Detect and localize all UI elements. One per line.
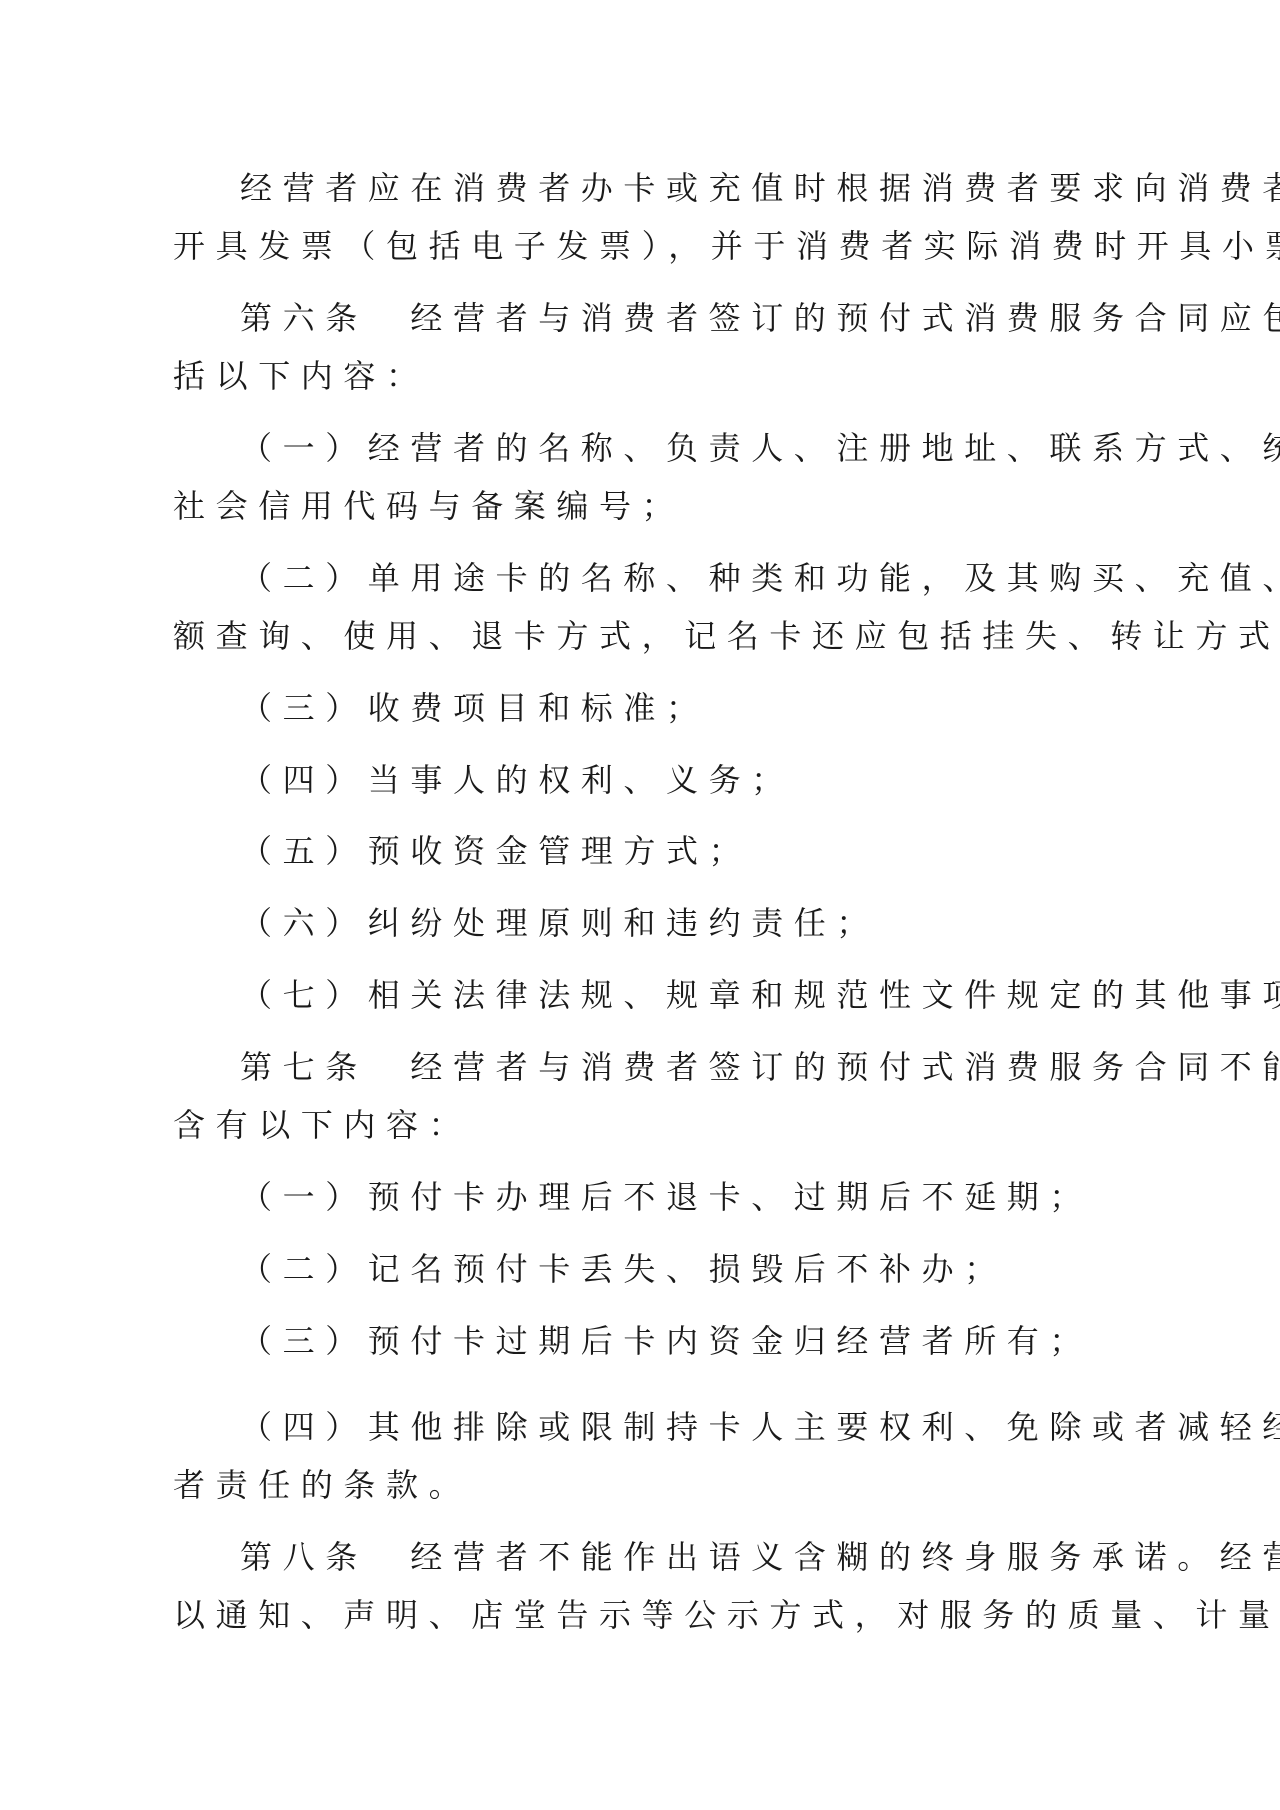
article-6-heading-line-1: 第六条 经营者与消费者签订的预付式消费服务合同应包: [240, 293, 1200, 343]
article-7-item-2: （二）记名预付卡丢失、损毁后不补办；: [240, 1244, 1200, 1294]
article-6-item-1-line-2: 社会信用代码与备案编号；: [173, 481, 1133, 531]
article-6-item-4: （四）当事人的权利、义务；: [240, 755, 1200, 805]
article-7-item-4-line-1: （四）其他排除或限制持卡人主要权利、免除或者减轻经营: [240, 1402, 1200, 1452]
paragraph-invoice-line-1: 经营者应在消费者办卡或充值时根据消费者要求向消费者: [240, 163, 1200, 213]
article-6-item-1-line-1: （一）经营者的名称、负责人、注册地址、联系方式、统一: [240, 423, 1200, 473]
article-6-item-5: （五）预收资金管理方式；: [240, 826, 1200, 876]
article-6-item-2-line-1: （二）单用途卡的名称、种类和功能，及其购买、充值、余: [240, 553, 1200, 603]
article-7-item-1: （一）预付卡办理后不退卡、过期后不延期；: [240, 1172, 1200, 1222]
article-6-heading-line-2: 括以下内容：: [173, 351, 1133, 401]
paragraph-invoice-line-2: 开具发票（包括电子发票），并于消费者实际消费时开具小票。: [173, 221, 1133, 271]
article-7-heading-line-2: 含有以下内容：: [173, 1100, 1133, 1150]
article-7-item-4-line-2: 者责任的条款。: [173, 1460, 1133, 1510]
document-page: 经营者应在消费者办卡或充值时根据消费者要求向消费者 开具发票（包括电子发票），并…: [0, 0, 1280, 1810]
article-6-item-7: （七）相关法律法规、规章和规范性文件规定的其他事项。: [240, 970, 1200, 1020]
article-6-item-6: （六）纠纷处理原则和违约责任；: [240, 898, 1200, 948]
article-8-line-2: 以通知、声明、店堂告示等公示方式，对服务的质量、计量、价: [173, 1590, 1133, 1640]
article-8-line-1: 第八条 经营者不能作出语义含糊的终身服务承诺。经营者: [240, 1532, 1200, 1582]
article-7-item-3: （三）预付卡过期后卡内资金归经营者所有；: [240, 1316, 1200, 1366]
article-6-item-3: （三）收费项目和标准；: [240, 683, 1200, 733]
article-7-heading-line-1: 第七条 经营者与消费者签订的预付式消费服务合同不能: [240, 1042, 1200, 1092]
article-6-item-2-line-2: 额查询、使用、退卡方式，记名卡还应包括挂失、转让方式；: [173, 611, 1133, 661]
